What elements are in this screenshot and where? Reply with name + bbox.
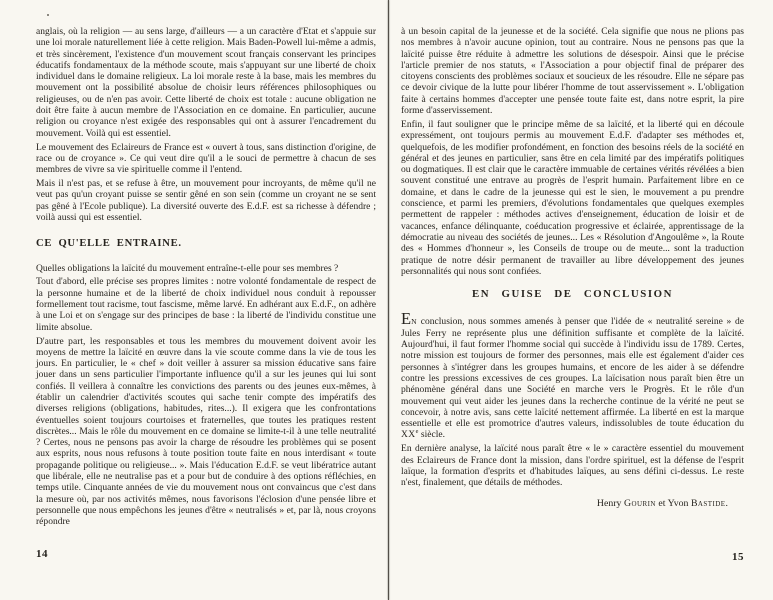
page-left: anglais, où la religion — au sens large,… — [36, 27, 376, 531]
scan-speck — [47, 14, 49, 16]
paragraph-conclusion-lead: EN conclusion, nous sommes amenés à pens… — [401, 311, 744, 441]
book-spread: anglais, où la religion — au sens large,… — [0, 0, 773, 600]
paragraph-text: siècle. — [418, 430, 445, 440]
author-surname: Bastide — [691, 498, 726, 509]
paragraph-text: conclusion, nous sommes amenés à penser … — [401, 317, 744, 429]
page-number-left: 14 — [36, 548, 48, 560]
paragraph: anglais, où la religion — au sens large,… — [36, 27, 376, 140]
page-gutter-line — [388, 0, 389, 600]
paragraph: Enfin, il faut souligner que le principe… — [401, 120, 744, 278]
paragraph: Mais il n'est pas, et se refuse à être, … — [36, 179, 376, 224]
section-heading-en-guise-de-conclusion: EN GUISE DE CONCLUSION — [401, 289, 744, 300]
author-surname: Gourin — [624, 498, 656, 509]
page-number-right: 15 — [732, 551, 744, 563]
page-right: à un besoin capital de la jeunesse et de… — [401, 27, 744, 510]
signature-text: Henry — [597, 498, 624, 509]
signature-text: . — [726, 498, 728, 509]
lead-initial-letter: E — [401, 309, 411, 328]
paragraph: Quelles obligations la laïcité du mouvem… — [36, 264, 376, 275]
paragraph: En dernière analyse, la laïcité nous par… — [401, 444, 744, 489]
paragraph: D'autre part, les responsables et tous l… — [36, 337, 376, 529]
section-heading-ce-quelle-entraine: CE QU'ELLE ENTRAINE. — [36, 238, 376, 249]
century-numeral: XX — [401, 430, 416, 440]
paragraph: Le mouvement des Eclaireurs de France es… — [36, 143, 376, 177]
signature-text: et Yvon — [656, 498, 691, 509]
author-signature: Henry Gourin et Yvon Bastide. — [401, 498, 744, 509]
paragraph: Tout d'abord, elle précise ses propres l… — [36, 277, 376, 333]
paragraph: à un besoin capital de la jeunesse et de… — [401, 27, 744, 117]
